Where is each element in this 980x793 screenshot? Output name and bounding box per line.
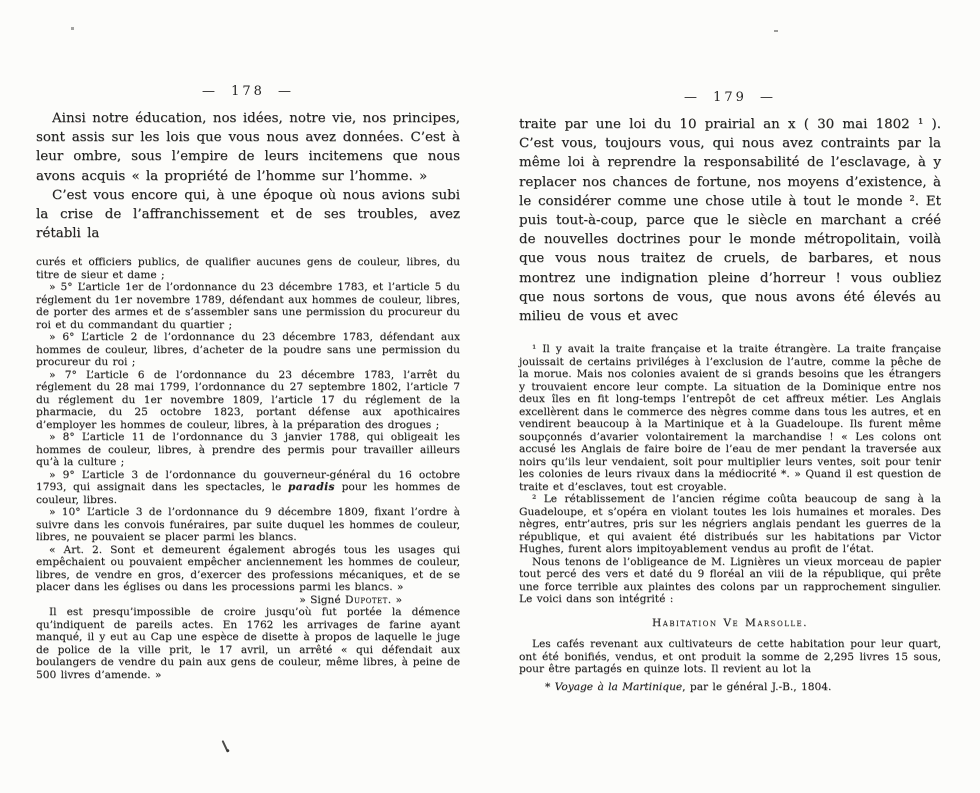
footnote-paragraph: » 10° L’article 3 de l’ordonnance du 9 d… — [36, 506, 460, 544]
footnote-paragraph: Les cafés revenant aux cultivateurs de c… — [519, 638, 941, 676]
footnote-paragraph: curés et officiers publics, de qualifier… — [36, 256, 460, 281]
footnote-paragraph: ² Le rétablissement de l’ancien régime c… — [519, 493, 941, 556]
signature-line: » Signé Dupotet. » — [36, 594, 460, 607]
body-paragraph: Ainsi notre éducation, nos idées, notre … — [36, 109, 460, 186]
footnote-text: , par le général J.-B., 1804. — [682, 681, 831, 693]
scan-artifact-dot — [71, 27, 74, 30]
footnote-block: curés et officiers publics, de qualifier… — [36, 256, 460, 681]
page-number-179: — 179 — — [519, 90, 941, 105]
main-text-block: Ainsi notre éducation, nos idées, notre … — [36, 109, 460, 243]
signature-name: Dupotet — [345, 594, 388, 606]
footnote-paragraph: » 8° L’article 11 de l’ordonnance du 3 j… — [36, 431, 460, 469]
footnote-paragraph: « Art. 2. Sont et demeurent également ab… — [36, 544, 460, 594]
signature-prefix: » Signé — [299, 594, 345, 606]
book-title-italic: Voyage à la Martinique — [555, 681, 683, 693]
body-paragraph: traite par une loi du 10 prairial an x (… — [519, 115, 941, 326]
footnote-paragraph: » 5° L’article 1er de l’ordonnance du 23… — [36, 281, 460, 331]
footnote-block: ¹ Il y avait la traite française et la t… — [519, 343, 941, 693]
footnote-paragraph: Nous tenons de l’obligeance de M. Ligniè… — [519, 556, 941, 606]
scanned-page-179: — 179 — traite par une loi du 10 prairia… — [519, 90, 941, 693]
scan-artifact-dot — [774, 30, 778, 32]
scan-artifact-mark — [222, 740, 229, 752]
scanned-page-178: — 178 — Ainsi notre éducation, nos idées… — [36, 84, 460, 681]
footnote-paragraph: » 7° L’article 6 de l’ordonnance du 23 d… — [36, 369, 460, 432]
bottom-footnote: * Voyage à la Martinique, par le général… — [519, 681, 941, 694]
footnote-paragraph-paradis: » 9° L’article 3 de l’ordonnance du gouv… — [36, 469, 460, 507]
main-text-block: traite par une loi du 10 prairial an x (… — [519, 115, 941, 326]
section-heading: Habitation Ve Marsolle. — [519, 617, 941, 630]
footnote-paragraph: Il est presqu’impossible de croire jusqu… — [36, 606, 460, 681]
signature-suffix: . » — [388, 594, 402, 606]
footnote-paragraph: » 6° L’article 2 de l’ordonnance du 23 d… — [36, 331, 460, 369]
footnote-marker: * — [545, 681, 555, 693]
page-number-178: — 178 — — [36, 84, 460, 99]
emphasized-word: paradis — [288, 481, 335, 493]
footnote-paragraph: ¹ Il y avait la traite française et la t… — [519, 343, 941, 493]
body-paragraph: C’est vous encore qui, à une époque où n… — [36, 186, 460, 244]
